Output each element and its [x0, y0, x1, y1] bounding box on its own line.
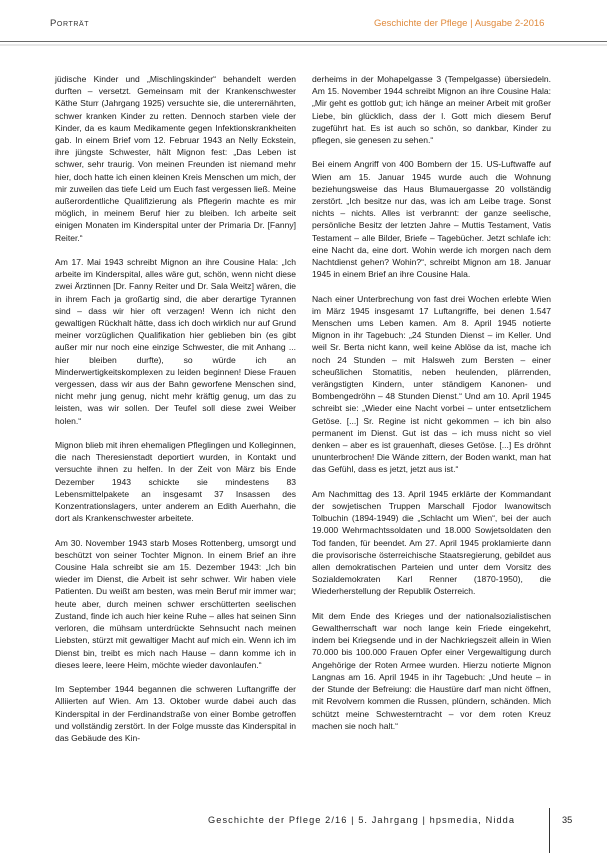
paragraph: Nach einer Unterbrechung von fast drei W…: [312, 293, 551, 476]
paragraph: Am Nachmittag des 13. April 1945 erklärt…: [312, 488, 551, 598]
section-label: Porträt: [50, 18, 89, 29]
paragraph: Im September 1944 begannen die schweren …: [55, 683, 296, 744]
paragraph: derheims in der Mohapelgasse 3 (Tempelga…: [312, 73, 551, 146]
footer-citation: Geschichte der Pflege 2/16 | 5. Jahrgang…: [208, 815, 515, 825]
paragraph: Bei einem Angriff von 400 Bombern der 15…: [312, 158, 551, 280]
paragraph: Am 30. November 1943 starb Moses Rottenb…: [55, 537, 296, 671]
left-column: jüdische Kinder und „Mischlingskinder“ b…: [55, 73, 296, 756]
header-rule: [0, 41, 607, 42]
right-column: derheims in der Mohapelgasse 3 (Tempelga…: [312, 73, 551, 744]
paragraph: jüdische Kinder und „Mischlingskinder“ b…: [55, 73, 296, 244]
footer-divider: [549, 808, 550, 853]
paragraph: Mignon blieb mit ihren ehemaligen Pflegl…: [55, 439, 296, 524]
publication-header: Geschichte der Pflege | Ausgabe 2-2016: [374, 18, 544, 29]
page-number: 35: [562, 815, 572, 825]
paragraph: Mit dem Ende des Krieges und der nationa…: [312, 610, 551, 732]
header-rule-light: [0, 44, 607, 46]
paragraph: Am 17. Mai 1943 schreibt Mignon an ihre …: [55, 256, 296, 427]
